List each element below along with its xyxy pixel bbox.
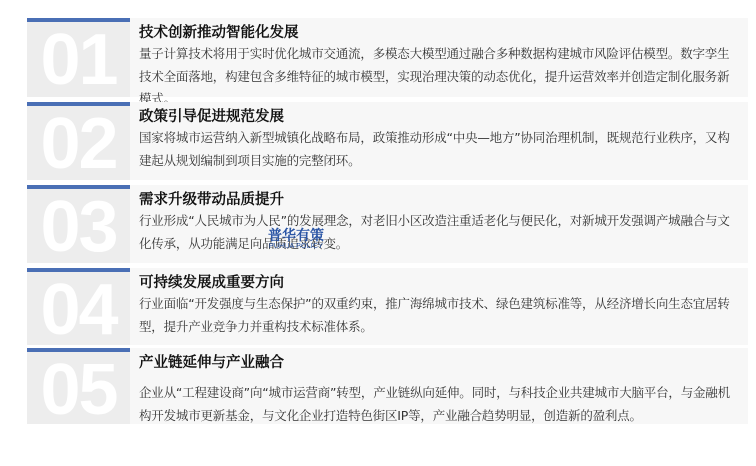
trend-card-3: 03 需求升级带动品质提升 行业形成“人民城市为人民”的发展理念，对老旧小区改造… xyxy=(27,185,748,263)
item-number: 04 xyxy=(27,274,130,345)
trend-card-4: 04 可持续发展成重要方向 行业面临“开发强度与生态保护”的双重约束，推广海绵城… xyxy=(27,268,748,345)
card-description: 行业面临“开发强度与生态保护”的双重约束，推广海绵城市技术、绿色建筑标准等，从经… xyxy=(139,293,740,338)
card-content: 可持续发展成重要方向 行业面临“开发强度与生态保护”的双重约束，推广海绵城市技术… xyxy=(130,268,748,345)
card-description: 国家将城市运营纳入新型城镇化战略布局，政策推动形成“中央—地方”协同治理机制，既… xyxy=(139,127,740,172)
card-content: 产业链延伸与产业融合 企业从“工程建设商”向“城市运营商”转型，产业链纵向延伸。… xyxy=(130,348,748,424)
item-number: 01 xyxy=(27,24,130,96)
card-description: 行业形成“人民城市为人民”的发展理念，对老旧小区改造注重适老化与便民化，对新城开… xyxy=(139,210,740,255)
number-block: 01 xyxy=(27,18,130,97)
card-description: 量子计算技术将用于实时优化城市交通流，多模态大模型通过融合多种数据构建城市风险评… xyxy=(139,43,740,111)
number-block: 02 xyxy=(27,102,130,180)
card-title: 需求升级带动品质提升 xyxy=(139,190,740,210)
trend-card-5: 05 产业链延伸与产业融合 企业从“工程建设商”向“城市运营商”转型，产业链纵向… xyxy=(27,348,748,424)
item-number: 05 xyxy=(27,354,130,424)
number-block: 04 xyxy=(27,268,130,345)
card-description: 企业从“工程建设商”向“城市运营商”转型，产业链纵向延伸。同时，与科技企业共建城… xyxy=(139,382,740,427)
card-title: 产业链延伸与产业融合 xyxy=(139,353,740,373)
card-title: 技术创新推动智能化发展 xyxy=(139,23,740,43)
card-title: 可持续发展成重要方向 xyxy=(139,273,740,293)
card-content: 技术创新推动智能化发展 量子计算技术将用于实时优化城市交通流，多模态大模型通过融… xyxy=(130,18,748,97)
trend-card-2: 02 政策引导促进规范发展 国家将城市运营纳入新型城镇化战略布局，政策推动形成“… xyxy=(27,102,748,180)
card-content: 政策引导促进规范发展 国家将城市运营纳入新型城镇化战略布局，政策推动形成“中央—… xyxy=(130,102,748,180)
item-number: 03 xyxy=(27,191,130,263)
item-number: 02 xyxy=(27,108,130,180)
number-block: 03 xyxy=(27,185,130,263)
number-block: 05 xyxy=(27,348,130,424)
trend-card-1: 01 技术创新推动智能化发展 量子计算技术将用于实时优化城市交通流，多模态大模型… xyxy=(27,18,748,97)
card-title: 政策引导促进规范发展 xyxy=(139,107,740,127)
card-content: 需求升级带动品质提升 行业形成“人民城市为人民”的发展理念，对老旧小区改造注重适… xyxy=(130,185,748,263)
